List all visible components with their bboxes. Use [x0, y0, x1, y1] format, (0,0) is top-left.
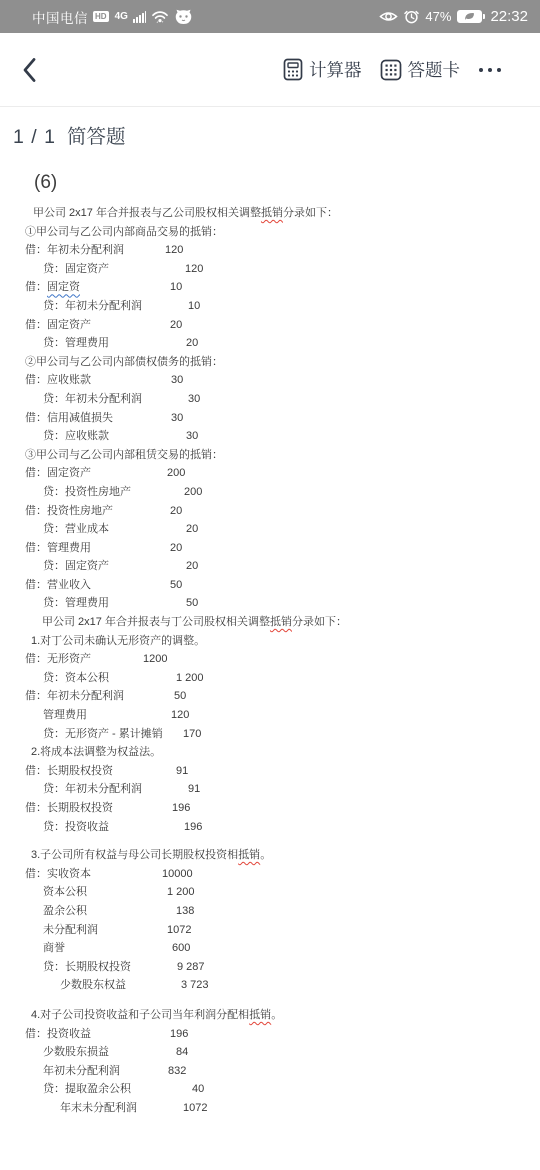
amount: 20	[170, 539, 182, 558]
amount: 196	[170, 1025, 188, 1044]
clock-time: 22:32	[490, 8, 528, 25]
journal-line: 4.对子公司投资收益和子公司当年利润分配相抵销。	[0, 1006, 540, 1025]
journal-line: 贷：固定资产20	[0, 557, 540, 576]
answer-card-button[interactable]: 答题卡	[380, 57, 461, 82]
nav-actions: 计算器 答题卡	[283, 57, 502, 82]
amount: 200	[167, 464, 185, 483]
question-index: 1 / 1	[13, 126, 56, 149]
journal-line: ③甲公司与乙公司内部租赁交易的抵销：	[0, 446, 540, 465]
chevron-left-icon	[22, 57, 37, 83]
text-segment: 贷：投资收益	[43, 821, 109, 833]
paragraph-gap	[0, 836, 540, 846]
journal-line: 借：投资性房地产20	[0, 502, 540, 521]
text-segment: 贷：提取盈余公积	[43, 1083, 131, 1095]
amount: 50	[174, 687, 186, 706]
journal-line: 贷：营业成本20	[0, 520, 540, 539]
amount: 1 200	[167, 883, 195, 902]
amount: 3 723	[181, 976, 209, 995]
text-segment: 甲公司 2x17 年合并报表与乙公司股权相关调整	[33, 207, 261, 219]
amount: 50	[170, 576, 182, 595]
battery-percent: 47%	[425, 9, 451, 24]
text-segment: 固定资	[47, 281, 80, 293]
journal-line: 贷：提取盈余公积40	[0, 1080, 540, 1099]
back-button[interactable]	[16, 53, 43, 87]
text-segment: 2.将成本法调整为权益法。	[31, 746, 161, 758]
status-bar: 中国电信 HD 4G	[0, 0, 540, 33]
journal-line: ①甲公司与乙公司内部商品交易的抵销：	[0, 223, 540, 242]
text-segment: 盈余公积	[43, 905, 87, 917]
text-segment: 贷：无形资产 - 累计摊销	[43, 728, 163, 740]
text-segment: 贷：年初未分配利润	[43, 393, 142, 405]
journal-line: 借：应收账款30	[0, 371, 540, 390]
hd-badge: HD	[93, 11, 109, 22]
journal-line: 贷：年初未分配利润91	[0, 780, 540, 799]
journal-line: 借：实收资本10000	[0, 865, 540, 884]
answer-card-grid-icon	[380, 59, 402, 81]
journal-line: 借：无形资产1200	[0, 650, 540, 669]
journal-line: 借：固定资产20	[0, 316, 540, 335]
journal-line: 借：营业收入50	[0, 576, 540, 595]
amount: 30	[171, 409, 183, 428]
journal-line: 1.对丁公司未确认无形资产的调整。	[0, 632, 540, 651]
amount: 170	[183, 725, 201, 744]
text-segment: 借：无形资产	[25, 653, 91, 665]
carrier-label: 中国电信	[32, 7, 88, 27]
text-segment: 借：管理费用	[25, 542, 91, 554]
text-segment: 借：投资性房地产	[25, 505, 113, 517]
text-segment: 。	[260, 849, 271, 861]
text-segment: 年末未分配利润	[60, 1102, 137, 1114]
signal-bars-icon	[133, 11, 147, 23]
journal-line: 贷：管理费用50	[0, 594, 540, 613]
amount: 200	[184, 483, 202, 502]
amount: 30	[186, 427, 198, 446]
question-type: 简答题	[67, 121, 126, 149]
journal-line: 甲公司 2x17 年合并报表与乙公司股权相关调整抵销分录如下：	[0, 204, 540, 223]
text-segment: 贷：固定资产	[43, 560, 109, 572]
answer-card-label: 答题卡	[408, 57, 461, 82]
amount: 9 287	[177, 958, 205, 977]
journal-line: 借：长期股权投资196	[0, 799, 540, 818]
text-segment: ①甲公司与乙公司内部商品交易的抵销：	[25, 226, 223, 238]
text-segment: 。	[271, 1009, 282, 1021]
amount: 1200	[143, 650, 167, 669]
text-segment: ③甲公司与乙公司内部租赁交易的抵销：	[25, 449, 223, 461]
text-segment: ②甲公司与乙公司内部债权债务的抵销：	[25, 356, 223, 368]
text-segment: 借：	[25, 281, 47, 293]
text-segment: 抵销	[238, 849, 260, 861]
amount: 196	[172, 799, 190, 818]
text-segment: 贷：年初未分配利润	[43, 783, 142, 795]
journal-line: 少数股东损益84	[0, 1043, 540, 1062]
text-segment: 贷：固定资产	[43, 263, 109, 275]
amount: 120	[165, 241, 183, 260]
text-segment: 抵销	[249, 1009, 271, 1021]
text-segment: 贷：应收账款	[43, 430, 109, 442]
text-segment: 贷：资本公积	[43, 672, 109, 684]
phone-screen: 中国电信 HD 4G	[0, 0, 540, 1170]
text-segment: 未分配利润	[43, 924, 98, 936]
journal-line: 贷：投资性房地产200	[0, 483, 540, 502]
journal-line: 贷：固定资产120	[0, 260, 540, 279]
alarm-clock-icon	[404, 9, 419, 24]
journal-line: 贷：管理费用20	[0, 334, 540, 353]
amount: 20	[186, 334, 198, 353]
amount: 1072	[183, 1099, 207, 1118]
amount: 1072	[167, 921, 191, 940]
amount: 20	[186, 520, 198, 539]
paragraph-gap	[0, 995, 540, 1006]
text-segment: 借：固定资产	[25, 319, 91, 331]
text-segment: 分录如下：	[292, 616, 347, 628]
journal-line: 借：固定资10	[0, 278, 540, 297]
text-segment: 年初未分配利润	[43, 1065, 120, 1077]
journal-line: 贷：年初未分配利润30	[0, 390, 540, 409]
battery-saver-icon	[457, 10, 482, 23]
text-segment: 少数股东权益	[60, 979, 126, 991]
text-segment: 甲公司 2x17 年合并报表与丁公司股权相关调整	[42, 616, 270, 628]
journal-line: 借：信用减值损失30	[0, 409, 540, 428]
journal-line: 甲公司 2x17 年合并报表与丁公司股权相关调整抵销分录如下：	[0, 613, 540, 632]
journal-line: ②甲公司与乙公司内部债权债务的抵销：	[0, 353, 540, 372]
text-segment: 管理费用	[43, 709, 87, 721]
amount: 20	[170, 316, 182, 335]
text-segment: 借：年初未分配利润	[25, 244, 124, 256]
journal-line: 借：年初未分配利润50	[0, 687, 540, 706]
text-segment: 4.对子公司投资收益和子公司当年利润分配相	[31, 1009, 249, 1021]
journal-line: 贷：年初未分配利润10	[0, 297, 540, 316]
text-segment: 借：长期股权投资	[25, 802, 113, 814]
question-header: 1 / 1 简答题	[13, 121, 125, 149]
amount: 30	[188, 390, 200, 409]
text-segment: 3.子公司所有权益与母公司长期股权投资相	[31, 849, 238, 861]
amount: 50	[186, 594, 198, 613]
journal-line: 贷：应收账款30	[0, 427, 540, 446]
eye-protection-icon	[379, 10, 398, 23]
text-segment: 少数股东损益	[43, 1046, 109, 1058]
amount: 10000	[162, 865, 193, 884]
amount: 120	[185, 260, 203, 279]
amount: 120	[171, 706, 189, 725]
amount: 20	[170, 502, 182, 521]
journal-line: 借：年初未分配利润120	[0, 241, 540, 260]
journal-line: 3.子公司所有权益与母公司长期股权投资相抵销。	[0, 846, 540, 865]
amount: 600	[172, 939, 190, 958]
text-segment: 借：固定资产	[25, 467, 91, 479]
text-segment: 1.对丁公司未确认无形资产的调整。	[31, 635, 205, 647]
journal-line: 借：长期股权投资91	[0, 762, 540, 781]
journal-line: 贷：长期股权投资9 287	[0, 958, 540, 977]
text-segment: 贷：管理费用	[43, 597, 109, 609]
amount: 10	[188, 297, 200, 316]
journal-line: 借：管理费用20	[0, 539, 540, 558]
more-button[interactable]	[478, 67, 502, 73]
journal-entries: 甲公司 2x17 年合并报表与乙公司股权相关调整抵销分录如下：①甲公司与乙公司内…	[0, 204, 540, 1118]
amount: 91	[176, 762, 188, 781]
amount: 91	[188, 780, 200, 799]
journal-line: 年初未分配利润832	[0, 1062, 540, 1081]
journal-line: 贷：资本公积1 200	[0, 669, 540, 688]
text-segment: 借：长期股权投资	[25, 765, 113, 777]
journal-line: 未分配利润1072	[0, 921, 540, 940]
amount: 138	[176, 902, 194, 921]
text-segment: 贷：长期股权投资	[43, 961, 131, 973]
text-segment: 借：年初未分配利润	[25, 690, 124, 702]
journal-line: 贷：投资收益196	[0, 818, 540, 837]
amount: 196	[184, 818, 202, 837]
network-4g-label: 4G	[115, 12, 128, 22]
calculator-icon	[283, 58, 303, 81]
text-segment: 抵销	[270, 616, 292, 628]
calculator-label: 计算器	[309, 57, 362, 82]
answer-content-scroll[interactable]: (6) 甲公司 2x17 年合并报表与乙公司股权相关调整抵销分录如下：①甲公司与…	[0, 170, 540, 1118]
calculator-button[interactable]: 计算器	[283, 57, 362, 82]
text-segment: 商誉	[43, 942, 65, 954]
text-segment: 借：信用减值损失	[25, 412, 113, 424]
text-segment: 借：投资收益	[25, 1028, 91, 1040]
journal-line: 借：投资收益196	[0, 1025, 540, 1044]
text-segment: 贷：投资性房地产	[43, 486, 131, 498]
text-segment: 贷：年初未分配利润	[43, 300, 142, 312]
journal-line: 贷：无形资产 - 累计摊销170	[0, 725, 540, 744]
journal-line: 借：固定资产200	[0, 464, 540, 483]
amount: 832	[168, 1062, 186, 1081]
nav-bar: 计算器 答题卡	[0, 33, 540, 107]
text-segment: 贷：管理费用	[43, 337, 109, 349]
status-right-cluster: 47% 22:32	[379, 8, 528, 25]
journal-line: 年末未分配利润1072	[0, 1099, 540, 1118]
journal-line: 盈余公积138	[0, 902, 540, 921]
amount: 30	[171, 371, 183, 390]
app-cat-icon	[174, 9, 193, 25]
journal-line: 2.将成本法调整为权益法。	[0, 743, 540, 762]
amount: 20	[186, 557, 198, 576]
amount: 1 200	[176, 669, 204, 688]
wifi-icon	[151, 9, 169, 24]
journal-line: 少数股东权益3 723	[0, 976, 540, 995]
more-dots-icon	[478, 67, 502, 73]
text-segment: 借：应收账款	[25, 374, 91, 386]
journal-line: 管理费用120	[0, 706, 540, 725]
amount: 10	[170, 278, 182, 297]
amount: 84	[176, 1043, 188, 1062]
journal-line: 商誉600	[0, 939, 540, 958]
text-segment: 贷：营业成本	[43, 523, 109, 535]
text-segment: 资本公积	[43, 886, 87, 898]
text-segment: 分录如下：	[283, 207, 338, 219]
text-segment: 借：实收资本	[25, 868, 91, 880]
text-segment: 抵销	[261, 207, 283, 219]
text-segment: 借：营业收入	[25, 579, 91, 591]
status-left-cluster: 中国电信 HD 4G	[32, 7, 193, 27]
amount: 40	[192, 1080, 204, 1099]
answer-number: (6)	[0, 170, 540, 204]
journal-line: 资本公积1 200	[0, 883, 540, 902]
